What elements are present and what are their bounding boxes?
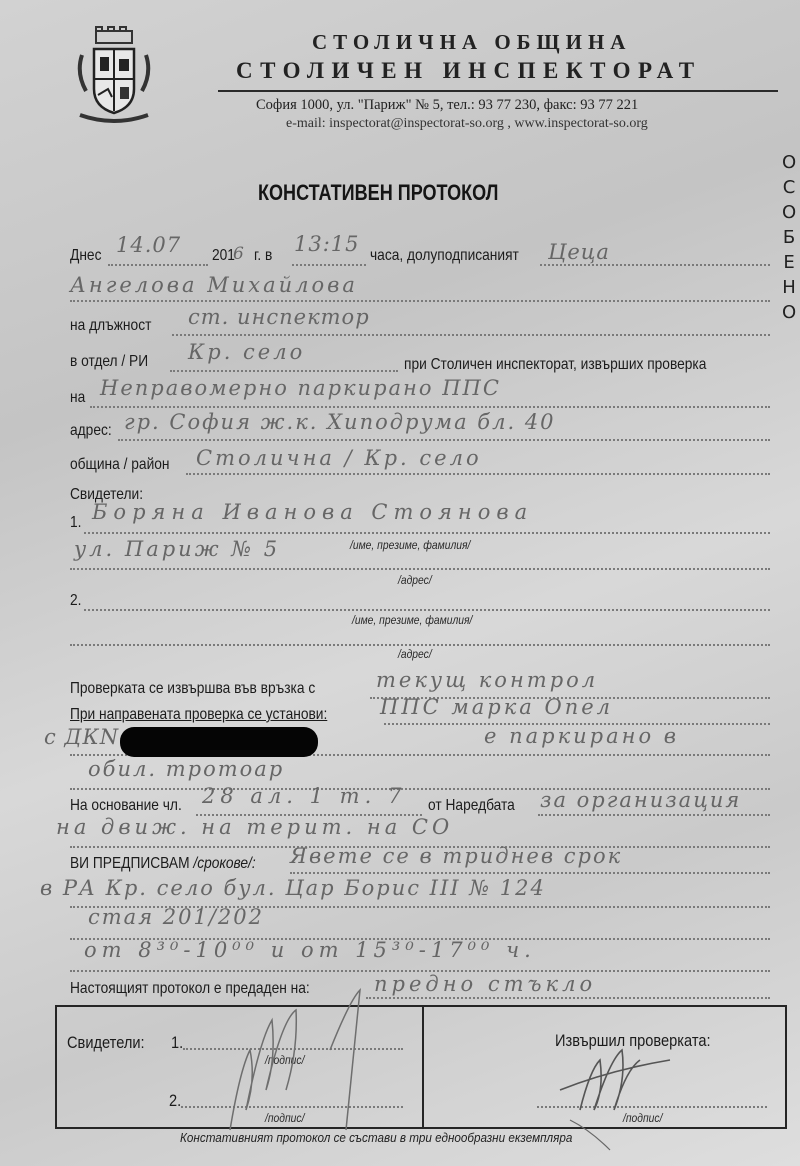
basis-ordinance-value1[interactable]: за организация bbox=[540, 788, 741, 812]
today-label: Днес bbox=[70, 247, 101, 265]
reason-label: Проверката се извършва във връзка с bbox=[70, 680, 315, 698]
footer-note: Констативният протокол се състави в три … bbox=[180, 1130, 572, 1145]
prescribe-line2[interactable]: в РА Кр. село бул. Цар Борис III № 124 bbox=[40, 876, 546, 900]
prescribe-line1[interactable]: Явете се в триднев срок bbox=[290, 844, 622, 868]
department-suffix: при Столичен инспекторат, извърших прове… bbox=[404, 356, 706, 374]
handed-label: Настоящият протокол е предаден на: bbox=[70, 980, 310, 998]
year-suffix[interactable]: 6 bbox=[233, 244, 245, 264]
hours-label: часа, долуподписаният bbox=[370, 247, 519, 265]
reason-value[interactable]: текущ контрол bbox=[376, 668, 598, 692]
header-address: София 1000, ул. "Париж" № 5, тел.: 93 77… bbox=[256, 97, 638, 114]
sig-witness1-number: 1. bbox=[171, 1033, 183, 1053]
prescribe-label: ВИ ПРЕДПИСВАМ /срокове/: bbox=[70, 855, 256, 873]
sig-witness1-hint: /подпис/ bbox=[265, 1053, 304, 1067]
inspector-name-part1[interactable]: Цеца bbox=[548, 240, 610, 264]
witness1-number: 1. bbox=[70, 514, 81, 532]
sig-witness2-number: 2. bbox=[169, 1091, 181, 1111]
department-label: в отдел / РИ bbox=[70, 353, 148, 371]
municipality-label: община / район bbox=[70, 456, 170, 474]
address-label: адрес: bbox=[70, 422, 112, 440]
sig-witnesses-label: Свидетели: bbox=[67, 1033, 145, 1053]
finding-line1[interactable]: ППС марка Опел bbox=[380, 695, 613, 719]
organization-name: СТОЛИЧНА ОБЩИНА bbox=[312, 30, 631, 55]
subject-label: на bbox=[70, 389, 85, 407]
sofia-coat-of-arms-icon bbox=[70, 25, 158, 125]
handed-value[interactable]: предно стъкло bbox=[374, 972, 596, 996]
prescribe-line4[interactable]: от 8³⁰-10⁰⁰ и от 15³⁰-17⁰⁰ ч. bbox=[84, 938, 536, 962]
witness1-address[interactable]: ул. Париж № 5 bbox=[74, 537, 280, 561]
finding-plate-prefix[interactable]: с ДКN bbox=[44, 725, 119, 749]
margin-handwriting: ОСОБЕНО bbox=[782, 150, 796, 325]
basis-article[interactable]: 28 ал. 1 т. 7 bbox=[202, 784, 406, 808]
witness2-name-hint: /име, презиме, фамилия/ bbox=[352, 613, 472, 627]
basis-label: На основание чл. bbox=[70, 797, 182, 815]
subject-value[interactable]: Неправомерно паркирано ППС bbox=[100, 376, 501, 400]
signature-box: Свидетели: 1. /подпис/ 2. /подпис/ Извър… bbox=[55, 1005, 787, 1129]
witness1-name-hint: /име, презиме, фамилия/ bbox=[350, 538, 470, 552]
basis-ordinance-label: от Наредбата bbox=[428, 797, 515, 815]
department-value[interactable]: Кр. село bbox=[188, 340, 305, 364]
witness2-number: 2. bbox=[70, 592, 81, 610]
witness2-address-hint: /адрес/ bbox=[398, 647, 432, 661]
year-label: г. в bbox=[254, 247, 272, 265]
witness1-name[interactable]: Боряна Иванова Стоянова bbox=[92, 500, 533, 524]
finding-line2-suffix[interactable]: е паркирано в bbox=[484, 724, 679, 748]
witness1-address-hint: /адрес/ bbox=[398, 573, 432, 587]
document-title: КОНСТАТИВЕН ПРОТОКОЛ bbox=[258, 180, 498, 206]
inspector-signature-label: Извършил проверката: bbox=[555, 1031, 711, 1051]
date-value[interactable]: 14.07 bbox=[116, 233, 181, 257]
header-rule bbox=[218, 90, 778, 92]
finding-line3[interactable]: обил. тротоар bbox=[88, 757, 284, 781]
signature-box-divider bbox=[422, 1007, 424, 1127]
municipality-value[interactable]: Столична / Кр. село bbox=[196, 446, 482, 470]
finding-label: При направената проверка се установи: bbox=[70, 706, 327, 724]
header-contact: e-mail: inspectorat@inspectorat-so.org ,… bbox=[286, 116, 648, 132]
year-prefix: 201 bbox=[212, 247, 235, 265]
department-name: СТОЛИЧЕН ИНСПЕКТОРАТ bbox=[236, 58, 702, 84]
inspector-signature-hint: /подпис/ bbox=[623, 1111, 662, 1125]
basis-ordinance-value2[interactable]: на движ. на терит. на СО bbox=[56, 815, 453, 839]
redacted-plate-number bbox=[120, 727, 318, 757]
position-label: на длъжност bbox=[70, 317, 151, 335]
address-value[interactable]: гр. София ж.к. Хиподрума бл. 40 bbox=[124, 410, 556, 434]
position-value[interactable]: ст. инспектор bbox=[188, 305, 370, 329]
time-value[interactable]: 13:15 bbox=[294, 232, 360, 256]
prescribe-line3[interactable]: стая 201/202 bbox=[88, 905, 264, 929]
sig-witness2-hint: /подпис/ bbox=[265, 1111, 304, 1125]
inspector-name-part2[interactable]: Ангелова Михайлова bbox=[70, 273, 358, 297]
